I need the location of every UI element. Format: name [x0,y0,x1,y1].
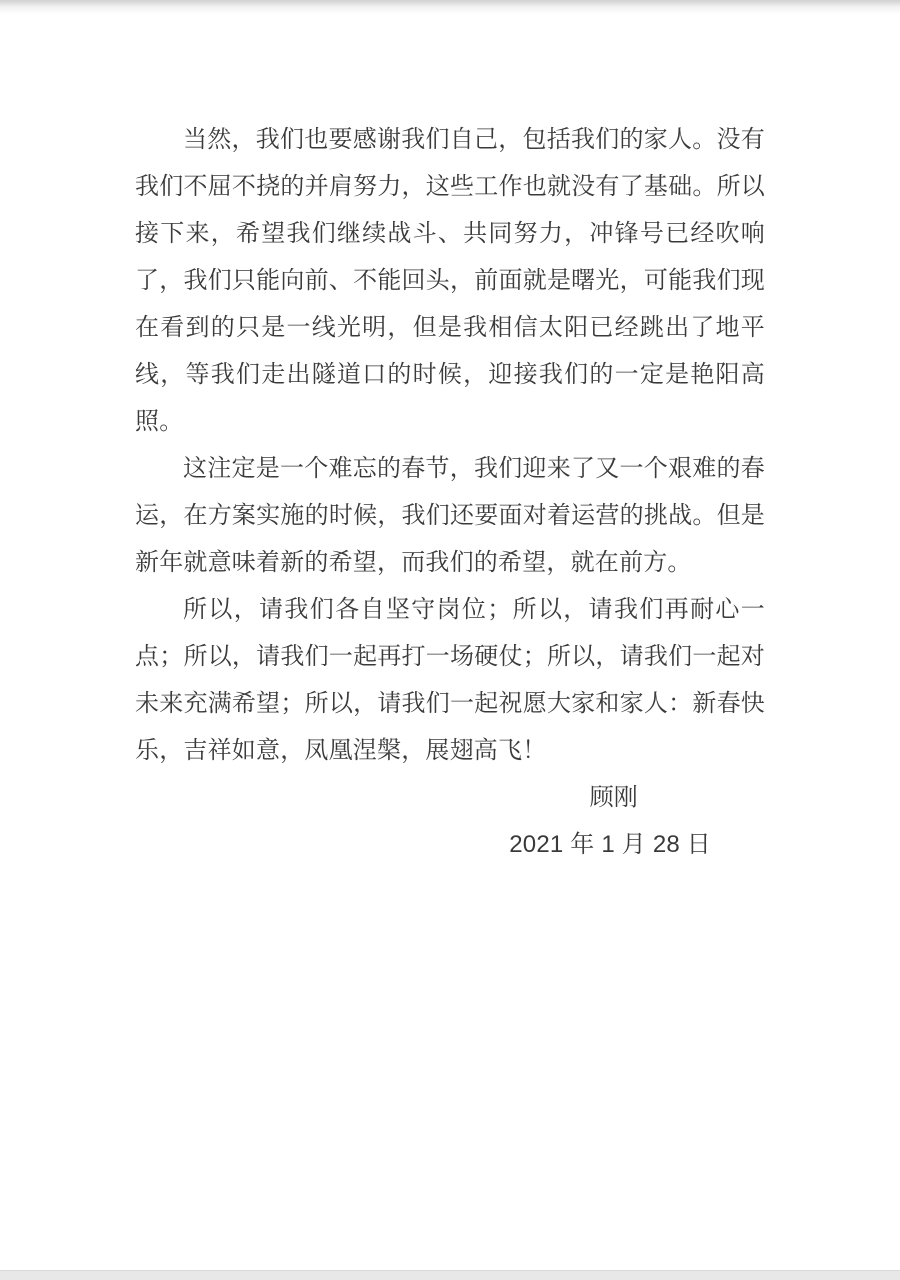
document-page: 当然，我们也要感谢我们自己，包括我们的家人。没有我们不屈不挠的并肩努力，这些工作… [0,0,900,1280]
letter-paragraph-1: 当然，我们也要感谢我们自己，包括我们的家人。没有我们不屈不挠的并肩努力，这些工作… [135,116,765,445]
letter-body: 当然，我们也要感谢我们自己，包括我们的家人。没有我们不屈不挠的并肩努力，这些工作… [135,116,765,868]
signature-date: 2021 年 1 月 28 日 [135,821,765,868]
photo-bottom-edge [0,1270,900,1280]
photo-top-edge [0,0,900,14]
letter-paragraph-3: 所以，请我们各自坚守岗位；所以，请我们再耐心一点；所以，请我们一起再打一场硬仗；… [135,586,765,774]
signature-name: 顾刚 [135,774,765,821]
letter-paragraph-2: 这注定是一个难忘的春节，我们迎来了又一个艰难的春运，在方案实施的时候，我们还要面… [135,445,765,586]
